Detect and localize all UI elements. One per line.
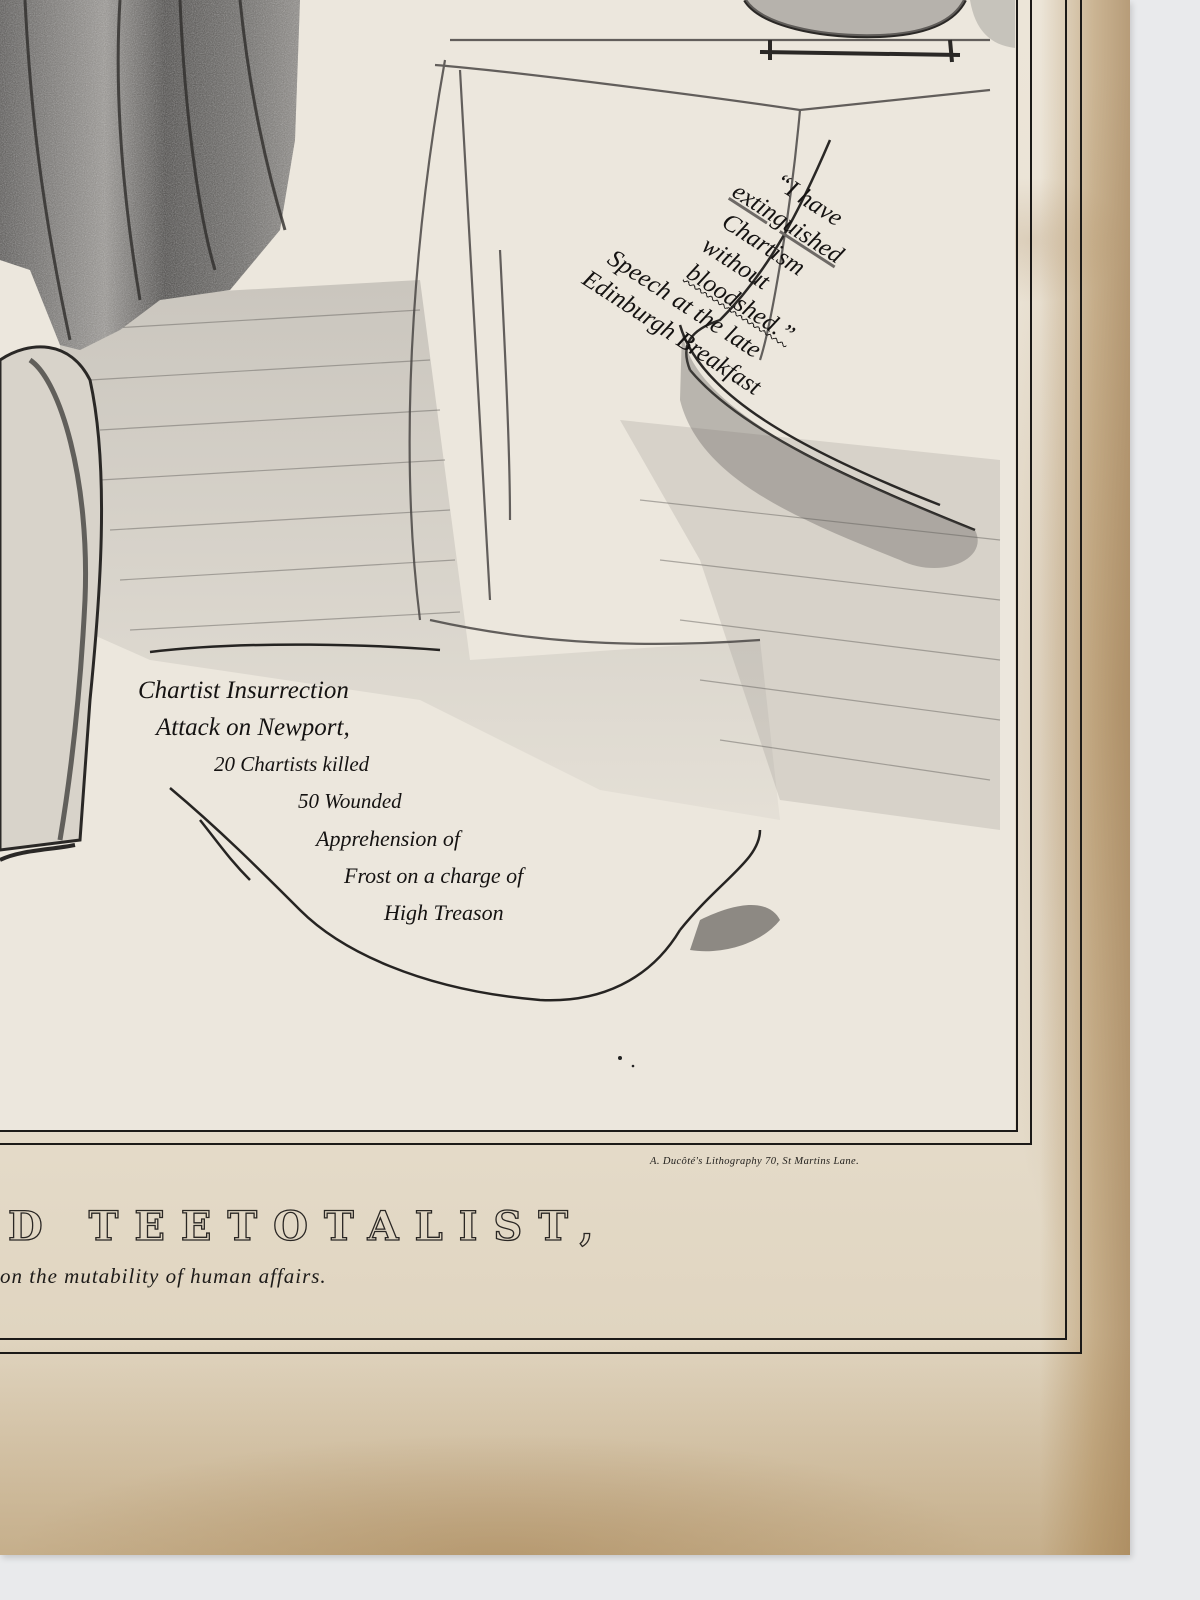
chartist-line: Chartist Insurrection <box>138 672 349 709</box>
chartist-line: High Treason <box>384 894 595 931</box>
print-title: D TEETOTALIST, <box>8 1203 610 1250</box>
inner-frame-bottom <box>0 1130 1018 1132</box>
chartist-line: Apprehension of <box>316 820 527 857</box>
illustration: “I have extinguished Chartism without bl… <box>0 0 1015 1130</box>
outer-frame-outer-right <box>1080 0 1082 1354</box>
second-frame-right <box>1030 0 1032 1145</box>
inner-frame-right <box>1016 0 1018 1132</box>
chartist-line: 20 Chartists killed <box>214 746 425 783</box>
chartist-line: Frost on a charge of <box>344 857 555 894</box>
print-subtitle: on the mutability of human affairs. <box>0 1264 327 1289</box>
chartist-scroll-text: Chartist Insurrection Attack on Newport,… <box>138 672 349 931</box>
lithograph-sheet: “I have extinguished Chartism without bl… <box>0 0 1130 1555</box>
outer-frame-outer-bottom <box>0 1352 1082 1354</box>
second-frame-bottom <box>0 1143 1032 1145</box>
chartist-line: Attack on Newport, <box>156 709 367 746</box>
outer-frame-inner-right <box>1065 0 1067 1340</box>
outer-frame-inner-bottom <box>0 1338 1067 1340</box>
crayon-drawing <box>0 0 1015 1130</box>
sheet-stained-bottom <box>0 1335 1130 1555</box>
printer-imprint: A. Ducôté's Lithography 70, St Martins L… <box>650 1156 859 1167</box>
chartist-line: 50 Wounded <box>298 783 509 820</box>
sheet-stained-edge <box>1040 0 1130 1555</box>
